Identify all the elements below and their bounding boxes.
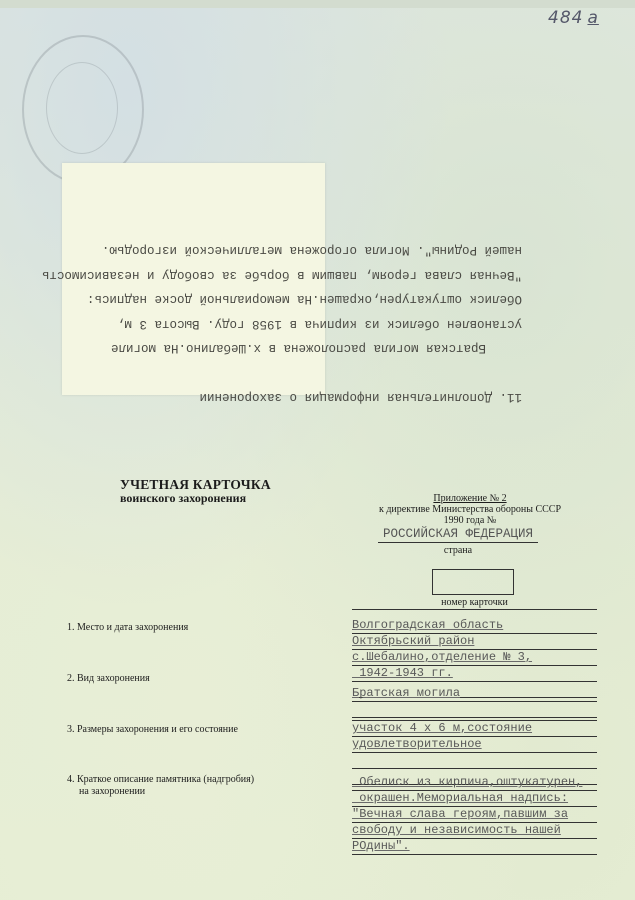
field-line — [352, 705, 597, 721]
field-line: с.Шебалино,отделение № 3, — [352, 650, 597, 666]
country-label: страна — [378, 545, 538, 556]
field-label-monument-description: 4. Краткое описание памятника (надгробия… — [67, 774, 254, 798]
reverse-side-bleedthrough: 11. Дополнительная информация о захороне… — [112, 238, 522, 409]
field-line: удовлетворительное — [352, 737, 597, 753]
page-number-suffix: а — [587, 8, 598, 28]
field-line — [352, 753, 597, 769]
bleed-heading: 11. Дополнительная информация о захороне… — [112, 385, 522, 410]
field-line: 1942-1943 гг. — [352, 666, 597, 682]
bleed-line: "Вечная слава героям, павшим в борьбе за… — [112, 263, 522, 288]
field-line: Волгоградская область — [352, 618, 597, 634]
field-label-line-2: на захоронении — [67, 786, 254, 798]
field-value-monument-description: Обелиск из кирпича,оштукатурен, окрашен.… — [352, 775, 597, 855]
card-number-box — [432, 569, 514, 595]
country-field: РОССИЙСКАЯ ФЕДЕРАЦИЯ — [378, 527, 538, 543]
field-line: "Вечная слава героям,павшим за — [352, 807, 597, 823]
card-number-label: номер карточки — [352, 597, 597, 610]
field-label-burial-size-state: 3. Размеры захоронения и его состояние — [67, 724, 238, 736]
bleed-line: Обелиск оштукатурен,окрашен.На мемориаль… — [112, 287, 522, 312]
scan-edge — [0, 0, 635, 8]
bleed-line: Братская могила расположена в х.Шебалино… — [112, 336, 522, 361]
bleed-line: нашей Родины". Могила огорожена металлич… — [112, 238, 522, 263]
faded-stamp — [22, 35, 144, 184]
field-value-burial-size-state: участок 4 х 6 м,состояние удовлетворител… — [352, 705, 597, 785]
bleed-line: установлен обелиск из кирпича в 1958 год… — [112, 312, 522, 337]
annex-block: Приложение № 2 к директиве Министерства … — [340, 493, 600, 526]
field-line: Братская могила — [352, 686, 597, 702]
annex-line-2: к директиве Министерства обороны СССР — [340, 504, 600, 515]
field-line: свободу и независимость нашей — [352, 823, 597, 839]
field-line: Октябрьский район — [352, 634, 597, 650]
field-line: Обелиск из кирпича,оштукатурен, — [352, 775, 597, 791]
field-line: РОдины". — [352, 839, 597, 855]
annex-line-3: 1990 года № — [340, 515, 600, 526]
field-line: участок 4 х 6 м,состояние — [352, 721, 597, 737]
page-number: 484 — [548, 8, 583, 28]
annex-line-1: Приложение № 2 — [340, 493, 600, 504]
field-line: окрашен.Мемориальная надпись: — [352, 791, 597, 807]
handwritten-page-number: 484а — [548, 8, 599, 28]
field-label-line-1: 4. Краткое описание памятника (надгробия… — [67, 774, 254, 785]
card-subtitle: воинского захоронения — [120, 491, 246, 506]
field-label-burial-place-date: 1. Место и дата захоронения — [67, 622, 188, 634]
field-label-burial-type: 2. Вид захоронения — [67, 673, 150, 685]
